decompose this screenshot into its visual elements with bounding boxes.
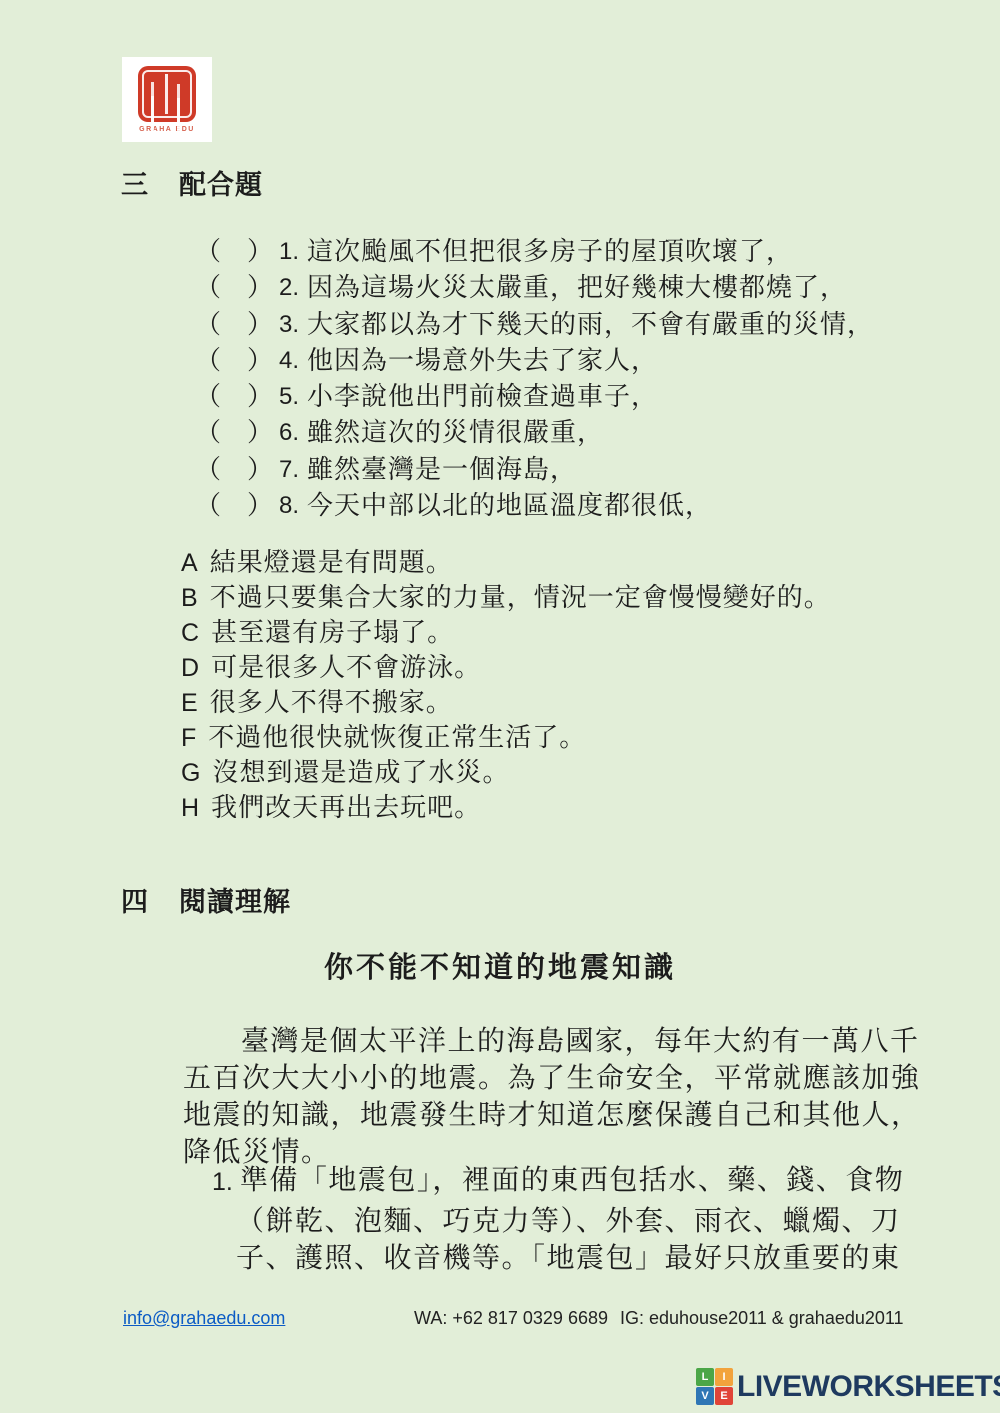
list-item-text: 準備「地震包」，裡面的東西包括水、藥、錢、食物 [240, 1161, 905, 1202]
paragraph-line: 臺灣是個太平洋上的海島國家，每年大約有一萬八千 [183, 1022, 883, 1059]
option-letter: B [181, 581, 198, 616]
question-text: 他因為一場意外失去了家人， [307, 343, 658, 379]
section-4-title: 閱讀理解 [179, 880, 291, 919]
question-number: 1. [279, 234, 299, 270]
paragraph-line: 地震的知識，地震發生時才知道怎麼保護自己和其他人， [183, 1096, 883, 1133]
matching-options-list: A 結果燈還是有問題。 B 不過只要集合大家的力量，情況一定會慢慢變好的。 C … [181, 546, 831, 826]
question-text: 大家都以為才下幾天的雨，不會有嚴重的災情， [307, 307, 874, 343]
question-text: 這次颱風不但把很多房子的屋頂吹壞了， [307, 234, 793, 270]
question-number: 2. [279, 270, 299, 306]
list-item-number: 1. [212, 1161, 233, 1202]
answer-blank-3[interactable]: （ ） [195, 307, 273, 343]
liveworksheets-tiles-icon: L I V E [696, 1368, 733, 1405]
list-item-line: 1. 準備「地震包」，裡面的東西包括水、藥、錢、食物 [212, 1161, 904, 1202]
matching-question-row: （ ） 6. 雖然這次的災情很嚴重， [195, 415, 874, 451]
option-text: 我們改天再出去玩吧。 [211, 791, 481, 826]
option-text: 不過只要集合大家的力量，情況一定會慢慢變好的。 [210, 581, 831, 616]
section-3-title: 配合題 [179, 163, 263, 202]
option-letter: A [181, 546, 198, 581]
tile-v: V [696, 1387, 714, 1405]
question-number: 6. [279, 415, 299, 451]
section-4-header: 四 閱讀理解 [121, 880, 291, 919]
paragraph-line: 五百次大大小小的地震。為了生命安全，平常就應該加強 [183, 1059, 883, 1096]
footer: info@grahaedu.com WA: +62 817 0329 6689 … [0, 1308, 1000, 1336]
question-number: 7. [279, 452, 299, 488]
footer-email-link[interactable]: info@grahaedu.com [123, 1308, 285, 1329]
question-number: 3. [279, 307, 299, 343]
option-text: 很多人不得不搬家。 [210, 686, 453, 721]
worksheet-page: GRAHA EDU 三 配合題 （ ） 1. 這次颱風不但把很多房子的屋頂吹壞了… [0, 0, 1000, 1413]
passage-paragraph: 臺灣是個太平洋上的海島國家，每年大約有一萬八千 五百次大大小小的地震。為了生命安… [183, 1022, 883, 1170]
question-text: 今天中部以北的地區溫度都很低， [307, 488, 712, 524]
matching-question-row: （ ） 5. 小李說他出門前檢查過車子， [195, 379, 874, 415]
option-row: A 結果燈還是有問題。 [181, 546, 831, 581]
matching-question-row: （ ） 7. 雖然臺灣是一個海島， [195, 452, 874, 488]
option-letter: H [181, 791, 199, 826]
answer-blank-7[interactable]: （ ） [195, 452, 273, 488]
graha-edu-seal-icon [138, 66, 196, 122]
question-number: 8. [279, 488, 299, 524]
option-text: 沒想到還是造成了水災。 [212, 756, 509, 791]
answer-blank-8[interactable]: （ ） [195, 488, 273, 524]
question-number: 5. [279, 379, 299, 415]
option-text: 不過他很快就恢復正常生活了。 [208, 721, 586, 756]
question-text: 雖然這次的災情很嚴重， [307, 415, 604, 451]
passage-list-item-1: 1. 準備「地震包」，裡面的東西包括水、藥、錢、食物 （餅乾、泡麵、巧克力等）、… [212, 1161, 904, 1277]
tile-i: I [715, 1368, 733, 1386]
tile-l: L [696, 1368, 714, 1386]
section-3-header: 三 配合題 [121, 163, 263, 202]
matching-question-row: （ ） 3. 大家都以為才下幾天的雨，不會有嚴重的災情， [195, 307, 874, 343]
section-4-number: 四 [121, 880, 149, 919]
liveworksheets-logo: L I V E LIVEWORKSHEETS [696, 1368, 1000, 1405]
option-row: G 沒想到還是造成了水災。 [181, 756, 831, 791]
option-letter: E [181, 686, 198, 721]
footer-instagram: IG: eduhouse2011 & grahaedu2011 [620, 1308, 904, 1329]
option-row: E 很多人不得不搬家。 [181, 686, 831, 721]
matching-question-row: （ ） 2. 因為這場火災太嚴重，把好幾棟大樓都燒了， [195, 270, 874, 306]
question-number: 4. [279, 343, 299, 379]
option-row: F 不過他很快就恢復正常生活了。 [181, 721, 831, 756]
option-letter: D [181, 651, 199, 686]
list-item-line: 子、護照、收音機等。「地震包」最好只放重要的東 [212, 1239, 904, 1277]
option-row: H 我們改天再出去玩吧。 [181, 791, 831, 826]
answer-blank-2[interactable]: （ ） [195, 270, 273, 306]
graha-edu-logo-caption: GRAHA EDU [139, 126, 195, 133]
matching-question-row: （ ） 1. 這次颱風不但把很多房子的屋頂吹壞了， [195, 234, 874, 270]
option-text: 可是很多人不會游泳。 [211, 651, 481, 686]
option-letter: C [181, 616, 199, 651]
question-text: 小李說他出門前檢查過車子， [307, 379, 658, 415]
tile-e: E [715, 1387, 733, 1405]
option-row: D 可是很多人不會游泳。 [181, 651, 831, 686]
option-row: C 甚至還有房子塌了。 [181, 616, 831, 651]
option-letter: G [181, 756, 200, 791]
footer-whatsapp: WA: +62 817 0329 6689 [414, 1308, 608, 1329]
matching-questions-list: （ ） 1. 這次颱風不但把很多房子的屋頂吹壞了， （ ） 2. 因為這場火災太… [195, 234, 874, 524]
section-3-number: 三 [121, 163, 149, 202]
list-item-line: （餅乾、泡麵、巧克力等）、外套、雨衣、蠟燭、刀 [212, 1202, 904, 1240]
liveworksheets-wordmark: LIVEWORKSHEETS [737, 1370, 1000, 1404]
answer-blank-5[interactable]: （ ） [195, 379, 273, 415]
matching-question-row: （ ） 4. 他因為一場意外失去了家人， [195, 343, 874, 379]
option-text: 結果燈還是有問題。 [210, 546, 453, 581]
question-text: 雖然臺灣是一個海島， [307, 452, 577, 488]
option-row: B 不過只要集合大家的力量，情況一定會慢慢變好的。 [181, 581, 831, 616]
option-text: 甚至還有房子塌了。 [211, 616, 454, 651]
passage-title: 你不能不知道的地震知識 [0, 945, 1000, 986]
answer-blank-4[interactable]: （ ） [195, 343, 273, 379]
matching-question-row: （ ） 8. 今天中部以北的地區溫度都很低， [195, 488, 874, 524]
graha-edu-logo: GRAHA EDU [122, 57, 212, 142]
answer-blank-1[interactable]: （ ） [195, 234, 273, 270]
option-letter: F [181, 721, 196, 756]
question-text: 因為這場火災太嚴重，把好幾棟大樓都燒了， [307, 270, 847, 306]
answer-blank-6[interactable]: （ ） [195, 415, 273, 451]
